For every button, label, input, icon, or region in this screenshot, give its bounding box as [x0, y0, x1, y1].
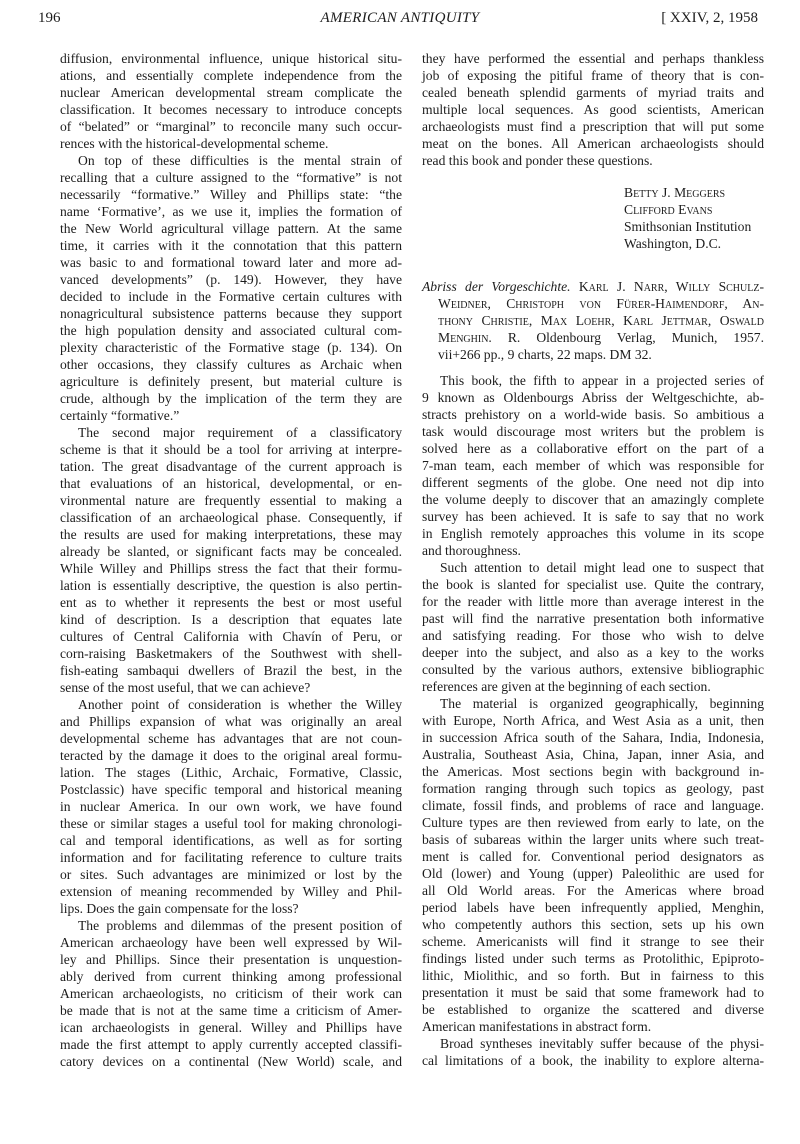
text-line: kind of description. Is a description th… — [60, 611, 402, 628]
text-line: made the first attempt to apply currentl… — [60, 1036, 402, 1053]
text-line: in succession Africa south of the Sahara… — [422, 729, 764, 746]
left-column: diffusion, environmental influence, uniq… — [60, 50, 402, 1070]
text-line: stracts prehistory on a world-wide basis… — [422, 406, 764, 423]
text-line: all Old World areas. For the Americas wh… — [422, 882, 764, 899]
text-line: rences with the historical-developmental… — [60, 135, 402, 152]
text-line: past will find the narrative presentatio… — [422, 610, 764, 627]
text-line: read this book and ponder these question… — [422, 152, 764, 169]
text-line: consulted by the various authors, extens… — [422, 661, 764, 678]
text-line: multiple local sequences. As good scient… — [422, 101, 764, 118]
text-line: scheme. Americanists will find it strang… — [422, 933, 764, 950]
text-line: ley and Phillips. Since their presentati… — [60, 951, 402, 968]
paragraph: This book, the fifth to appear in a proj… — [422, 372, 764, 559]
text-line: that evaluations of an historical, devel… — [60, 475, 402, 492]
text-line: of “belated” or “marginal” to reconcile … — [60, 118, 402, 135]
text-line: deeper into the subject, and also as a k… — [422, 644, 764, 661]
text-line: climate, fossil finds, and problems of r… — [422, 797, 764, 814]
text-line: American archaeology have been well expr… — [60, 934, 402, 951]
text-line: extension of meaning recommended by Will… — [60, 883, 402, 900]
text-line: job of exposing the pitiful frame of the… — [422, 67, 764, 84]
right-column: they have performed the essential and pe… — [422, 50, 764, 1069]
text-line: agriculture is definitely present, but m… — [60, 373, 402, 390]
text-line: vironmental nature are frequently essent… — [60, 492, 402, 509]
signature-location: Washington, D.C. — [422, 235, 764, 252]
text-line: Another point of consideration is whethe… — [60, 696, 402, 713]
text-line: diffusion, environmental influence, uniq… — [60, 50, 402, 67]
text-line: Old (lower) and Young (upper) Paleolithi… — [422, 865, 764, 882]
text-line: crude, although by the implication of th… — [60, 390, 402, 407]
text-line: with Europe, North Africa, and West Asia… — [422, 712, 764, 729]
book-details: vii+266 pp., 9 charts, 22 maps. DM 32. — [422, 346, 764, 363]
text-line: 9 known as Oldenbourgs Abriss der Weltge… — [422, 389, 764, 406]
text-line: other occasions, they classify cultures … — [60, 356, 402, 373]
text-line: who competently authors this section, se… — [422, 916, 764, 933]
citation-line: Menghin. R. Oldenbourg Verlag, Munich, 1… — [422, 329, 764, 346]
text-line: classification of an archaeological phas… — [60, 509, 402, 526]
text-line: information and for facilitating referen… — [60, 849, 402, 866]
text-line: and Phillips expansion of what was origi… — [60, 713, 402, 730]
book-title: Abriss der Vorgeschichte. — [422, 279, 571, 294]
text-line: these or similar stages a useful tool fo… — [60, 815, 402, 832]
text-line: for the reader with little more than ave… — [422, 593, 764, 610]
text-line: cealed beneath splendid garments of myri… — [422, 84, 764, 101]
book-citation: Abriss der Vorgeschichte. Karl J. Narr, … — [422, 278, 764, 363]
text-line: recalling that a culture assigned to the… — [60, 169, 402, 186]
text-line: nuclear American developmental stream co… — [60, 84, 402, 101]
paragraph: Broad syntheses inevitably suffer becaus… — [422, 1035, 764, 1069]
signature-institution: Smithsonian Institution — [422, 218, 764, 235]
paragraph: The problems and dilemmas of the present… — [60, 917, 402, 1070]
text-line: task would discourage most writers but t… — [422, 423, 764, 440]
text-line: Postclassic) have specific temporal and … — [60, 781, 402, 798]
text-line: time, it carries with it the connotation… — [60, 237, 402, 254]
text-line: certainly “formative.” — [60, 407, 402, 424]
text-line: basis of subareas within the larger unit… — [422, 831, 764, 848]
text-line: ican archaeologists in general. Willey a… — [60, 1019, 402, 1036]
text-line: The material is organized geographically… — [422, 695, 764, 712]
text-line: tation. The great disadvantage of the cu… — [60, 458, 402, 475]
text-line: sense of the most useful, that we can ac… — [60, 679, 402, 696]
text-line: ment is called for. Conventional period … — [422, 848, 764, 865]
text-line: the volume deeply to discover that an am… — [422, 491, 764, 508]
text-line: cal limitations of a book, the inability… — [422, 1052, 764, 1069]
text-line: they have performed the essential and pe… — [422, 50, 764, 67]
text-line: findings listed under such terms as Prot… — [422, 950, 764, 967]
paragraph: The material is organized geographically… — [422, 695, 764, 1035]
text-line: or sites. Such advantages are minimized … — [60, 866, 402, 883]
citation-line: thony Christie, Max Loehr, Karl Jettmar,… — [422, 312, 764, 329]
paragraph: Such attention to detail might lead one … — [422, 559, 764, 695]
text-line: references are given at the beginning of… — [422, 678, 764, 695]
text-line: ations, and essentially complete indepen… — [60, 67, 402, 84]
text-line: the results are used for making interpre… — [60, 526, 402, 543]
text-line: archaeologists must find a prescription … — [422, 118, 764, 135]
text-line: classification. It becomes necessary to … — [60, 101, 402, 118]
running-header: 196 AMERICAN ANTIQUITY [ XXIV, 2, 1958 — [36, 10, 764, 30]
text-line: the high population density and associat… — [60, 322, 402, 339]
text-line: in nuclear America. In our own work, we … — [60, 798, 402, 815]
text-line: fish-eating sambaqui dwellers of Brazil … — [60, 662, 402, 679]
text-line: the New World agricultural village patte… — [60, 220, 402, 237]
text-line: While Willey and Phillips stress the fac… — [60, 560, 402, 577]
text-line: and satisfying reading. For those who wi… — [422, 627, 764, 644]
citation-line: Weidner, Christoph von Fürer-Haimendorf,… — [422, 295, 764, 312]
signature-author: Clifford Evans — [422, 201, 764, 218]
text-line: lithic, Miolithic, and so forth. But in … — [422, 967, 764, 984]
text-line: be established to organize the scattered… — [422, 1001, 764, 1018]
text-line: necessarily “formative.” Willey and Phil… — [60, 186, 402, 203]
review-signature: Betty J. Meggers Clifford Evans Smithson… — [422, 184, 764, 252]
text-line: period labels have been infrequently app… — [422, 899, 764, 916]
text-line: and thoroughness. — [422, 542, 764, 559]
text-line: Broad syntheses inevitably suffer becaus… — [422, 1035, 764, 1052]
text-line: ent as to whether it represents the best… — [60, 594, 402, 611]
text-line: be made that is not at the same time a c… — [60, 1002, 402, 1019]
text-line: catory devices on a continental (New Wor… — [60, 1053, 402, 1070]
text-line: On top of these difficulties is the ment… — [60, 152, 402, 169]
issue-info: [ XXIV, 2, 1958 — [661, 10, 758, 27]
text-line: in English remotely approaches this volu… — [422, 525, 764, 542]
paragraph: On top of these difficulties is the ment… — [60, 152, 402, 424]
text-line: meat on the bones. All American archaeol… — [422, 135, 764, 152]
text-line: American archaeologists, no criticism of… — [60, 985, 402, 1002]
text-line: name ‘Formative’, as we use it, implies … — [60, 203, 402, 220]
text-line: This book, the fifth to appear in a proj… — [422, 372, 764, 389]
paragraph: diffusion, environmental influence, uniq… — [60, 50, 402, 152]
text-line: scheme is that it should be a tool for a… — [60, 441, 402, 458]
text-line: solved here as a collaborative effort on… — [422, 440, 764, 457]
text-line: lation. The stages (Lithic, Archaic, For… — [60, 764, 402, 781]
text-line: already be slanted, or significant facts… — [60, 543, 402, 560]
text-line: Australia, Southeast Asia, China, Japan,… — [422, 746, 764, 763]
book-author: Menghin. — [438, 330, 492, 345]
text-line: the Americas. Most sections begin with b… — [422, 763, 764, 780]
citation-line: Abriss der Vorgeschichte. Karl J. Narr, … — [422, 278, 764, 295]
text-line: cal and temporal identifications, as wel… — [60, 832, 402, 849]
book-publisher: R. Oldenbourg Verlag, Munich, 1957. — [508, 330, 764, 345]
signature-author: Betty J. Meggers — [422, 184, 764, 201]
text-line: 7-man team, each member of which was res… — [422, 457, 764, 474]
paragraph: The second major requirement of a classi… — [60, 424, 402, 696]
text-line: lips. Does the gain compensate for the l… — [60, 900, 402, 917]
text-line: developmental scheme has advantages that… — [60, 730, 402, 747]
text-line: American manifestations in abstract form… — [422, 1018, 764, 1035]
text-line: vanced developments” (p. 149). However, … — [60, 271, 402, 288]
text-line: presentation it must be said that some f… — [422, 984, 764, 1001]
text-line: The problems and dilemmas of the present… — [60, 917, 402, 934]
text-line: plexity characteristic of the Formative … — [60, 339, 402, 356]
text-line: the book is slanted for specialist use. … — [422, 576, 764, 593]
journal-title: AMERICAN ANTIQUITY — [36, 10, 764, 27]
text-line: cultures of Central California with Chav… — [60, 628, 402, 645]
text-line: corn-raising Basketmakers of the Southwe… — [60, 645, 402, 662]
text-line: decided to include in the Formative cert… — [60, 288, 402, 305]
text-line: The second major requirement of a classi… — [60, 424, 402, 441]
paragraph: Another point of consideration is whethe… — [60, 696, 402, 917]
paragraph: they have performed the essential and pe… — [422, 50, 764, 169]
book-authors: Karl J. Narr, Willy Schulz- — [579, 279, 764, 294]
text-line: Culture types are then reviewed from ear… — [422, 814, 764, 831]
text-line: different segments of the globe. One nee… — [422, 474, 764, 491]
text-line: teracted by the damage it does to the or… — [60, 747, 402, 764]
text-line: lation is essentially descriptive, the q… — [60, 577, 402, 594]
text-line: nonagricultural subsistence patterns bec… — [60, 305, 402, 322]
text-line: survey has been achieved. It is safe to … — [422, 508, 764, 525]
text-line: Such attention to detail might lead one … — [422, 559, 764, 576]
text-line: formation ranging through such topics as… — [422, 780, 764, 797]
text-line: ably derived from current thinking among… — [60, 968, 402, 985]
text-line: was basic to and formational toward late… — [60, 254, 402, 271]
